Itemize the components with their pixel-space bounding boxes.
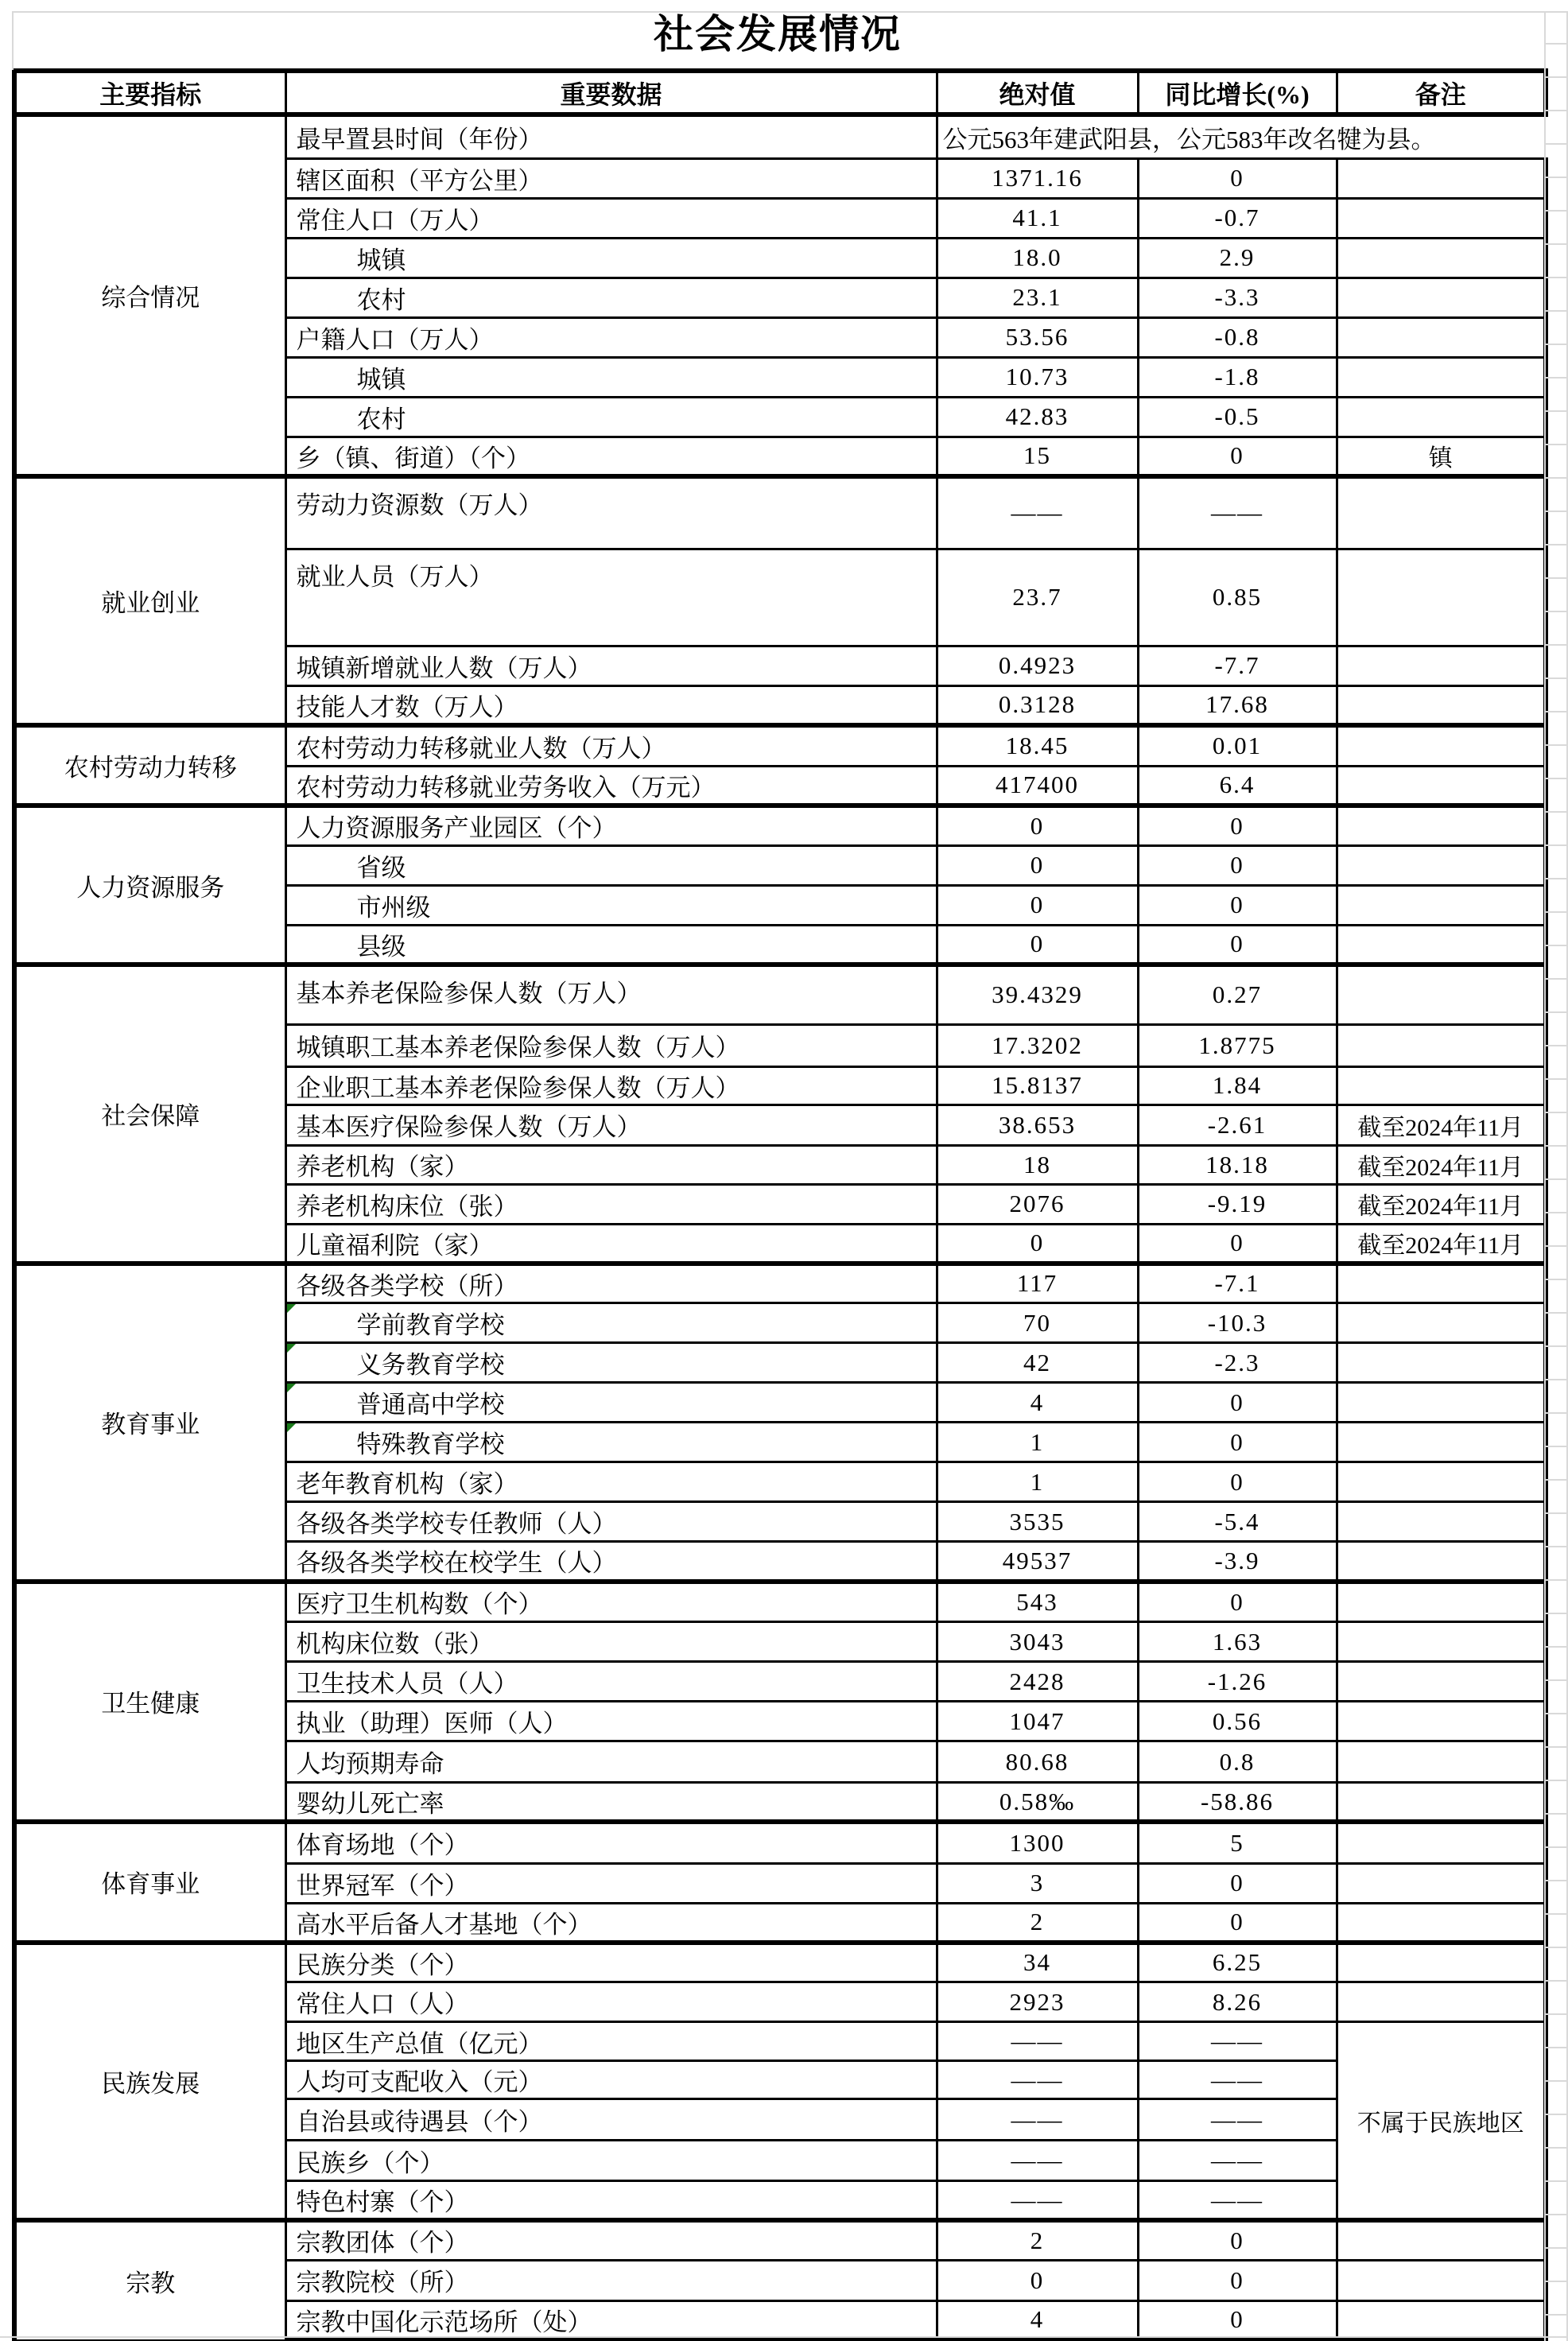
row-label-cell-text: 农村 <box>357 286 406 314</box>
row-label-cell-text: 县级 <box>357 933 406 961</box>
absolute-value-cell: 0 <box>937 925 1138 965</box>
yoy-value-cell-text: 6.4 <box>1220 771 1256 798</box>
yoy-value-cell-text: -1.26 <box>1208 1667 1267 1695</box>
absolute-value-cell: 4 <box>937 2300 1138 2340</box>
yoy-value-cell: -1.8 <box>1138 357 1337 397</box>
absolute-value-cell: 0.3128 <box>937 685 1138 725</box>
yoy-value-cell: 0 <box>1138 845 1337 885</box>
table-row: 体育事业体育场地（个）13005 <box>14 1822 1546 1863</box>
note-cell <box>1337 317 1546 357</box>
note-cell <box>1337 725 1546 766</box>
yoy-value-cell-text: 0.27 <box>1213 980 1262 1008</box>
row-label-cell-text: 人均可支配收入（元） <box>297 2068 543 2096</box>
yoy-value-cell: 0 <box>1138 2220 1337 2260</box>
absolute-value-cell-text: —— <box>1011 2066 1064 2094</box>
section-label-cell-text: 就业创业 <box>101 589 200 617</box>
absolute-value-cell-text: 18.45 <box>1006 732 1069 759</box>
row-label-cell-text: 宗教院校（所） <box>297 2269 469 2296</box>
yoy-value-cell-text: 0 <box>1230 2305 1244 2333</box>
note-cell-text: 截至2024年11月 <box>1357 1115 1523 1141</box>
row-label-cell: 城镇新增就业人数（万人） <box>285 646 937 685</box>
row-label-cell: 养老机构床位（张） <box>285 1184 937 1224</box>
absolute-value-cell-text: 0 <box>1030 891 1045 918</box>
absolute-value-cell: 3 <box>937 1863 1138 1903</box>
yoy-value-cell-text: -58.86 <box>1201 1788 1274 1815</box>
row-label-cell: 自治县或待遇县（个） <box>285 2099 937 2141</box>
absolute-value-cell: 70 <box>937 1303 1138 1343</box>
row-label-cell: 养老机构（家） <box>285 1145 937 1184</box>
yoy-value-cell: 0.85 <box>1138 549 1337 646</box>
row-label-cell-text: 劳动力资源数（万人） <box>297 491 543 519</box>
absolute-value-cell: 17.3202 <box>937 1024 1138 1066</box>
yoy-value-cell: 0 <box>1138 885 1337 925</box>
yoy-value-cell-text: 8.26 <box>1213 1988 1262 2016</box>
note-cell <box>1337 2220 1546 2260</box>
section-label-cell-text: 宗教 <box>126 2269 175 2297</box>
yoy-value-cell-text: 2.9 <box>1220 243 1256 271</box>
table-row: 宗教宗教团体（个）20 <box>14 2220 1546 2260</box>
row-label-cell: 宗教中国化示范场所（处） <box>285 2300 937 2340</box>
yoy-value-cell: 17.68 <box>1138 685 1337 725</box>
yoy-value-cell: —— <box>1138 2181 1337 2221</box>
note-cell <box>1337 766 1546 806</box>
merged-value-cell-text: 公元563年建武阳县，公元583年改名犍为县。 <box>943 126 1436 153</box>
note-cell <box>1337 357 1546 397</box>
absolute-value-cell-text: 2428 <box>1010 1667 1065 1695</box>
absolute-value-cell-text: 23.7 <box>1012 583 1062 611</box>
yoy-value-cell-text: -0.5 <box>1214 402 1259 430</box>
yoy-value-cell: -0.8 <box>1138 317 1337 357</box>
header-row: 主要指标 重要数据 绝对值 同比增长(%) 备注 <box>14 71 1546 115</box>
yoy-value-cell: 0 <box>1138 158 1337 198</box>
yoy-value-cell-text: 0 <box>1230 1908 1244 1935</box>
section-label-cell: 就业创业 <box>14 476 285 725</box>
absolute-value-cell-text: 80.68 <box>1006 1748 1069 1776</box>
row-label-cell: 体育场地（个） <box>285 1822 937 1863</box>
absolute-value-cell: 0.4923 <box>937 646 1138 685</box>
absolute-value-cell: 3535 <box>937 1502 1138 1542</box>
absolute-value-cell-text: 2 <box>1030 1908 1045 1935</box>
absolute-value-cell: —— <box>937 2022 1138 2061</box>
absolute-value-cell: 10.73 <box>937 357 1138 397</box>
note-cell <box>1337 1783 1546 1823</box>
absolute-value-cell: 543 <box>937 1582 1138 1622</box>
row-label-cell: 特色村寨（个） <box>285 2181 937 2221</box>
absolute-value-cell-text: 2923 <box>1010 1988 1065 2016</box>
row-label-cell: 义务教育学校 <box>285 1343 937 1383</box>
note-cell <box>1337 2260 1546 2300</box>
row-label-cell-text: 城镇新增就业人数（万人） <box>297 654 592 682</box>
row-label-cell-text: 宗教团体（个） <box>297 2229 469 2257</box>
row-label-cell-text: 就业人员（万人） <box>297 563 494 591</box>
row-label-cell-text: 儿童福利院（家） <box>297 1232 494 1260</box>
yoy-value-cell: 0 <box>1138 437 1337 476</box>
row-label-cell: 农村劳动力转移就业人数（万人） <box>285 725 937 766</box>
row-label-cell-text: 婴幼儿死亡率 <box>297 1790 444 1818</box>
yoy-value-cell-text: 18.18 <box>1205 1151 1269 1178</box>
row-label-cell-text: 户籍人口（万人） <box>297 326 494 354</box>
yoy-value-cell: -9.19 <box>1138 1184 1337 1224</box>
absolute-value-cell: 3043 <box>937 1622 1138 1662</box>
absolute-value-cell: 2923 <box>937 1982 1138 2022</box>
row-label-cell: 民族分类（个） <box>285 1943 937 1982</box>
yoy-value-cell: -7.1 <box>1138 1264 1337 1303</box>
yoy-value-cell: -3.9 <box>1138 1542 1337 1582</box>
absolute-value-cell: 0.58‰ <box>937 1783 1138 1823</box>
row-label-cell-text: 辖区面积（平方公里） <box>297 167 543 195</box>
cell-flag-icon <box>287 1423 296 1432</box>
note-cell <box>1337 965 1546 1024</box>
note-cell-text: 镇 <box>1429 445 1453 472</box>
absolute-value-cell-text: 0 <box>1030 930 1045 957</box>
row-label-cell-text: 各级各类学校（所） <box>297 1272 518 1300</box>
absolute-value-cell-text: 17.3202 <box>992 1031 1083 1059</box>
note-cell <box>1337 549 1546 646</box>
row-label-cell: 特殊教育学校 <box>285 1423 937 1462</box>
yoy-value-cell-text: 0.85 <box>1213 583 1262 611</box>
yoy-value-cell-text: -0.8 <box>1214 323 1259 351</box>
yoy-value-cell-text: 0 <box>1230 1428 1244 1456</box>
yoy-value-cell: —— <box>1138 2061 1337 2099</box>
absolute-value-cell: 80.68 <box>937 1741 1138 1783</box>
row-label-cell: 婴幼儿死亡率 <box>285 1783 937 1823</box>
yoy-value-cell-text: 0 <box>1230 2266 1244 2294</box>
note-cell <box>1337 925 1546 965</box>
table-body: 综合情况最早置县时间（年份）公元563年建武阳县，公元583年改名犍为县。辖区面… <box>14 115 1546 2340</box>
row-label-cell-text: 卫生技术人员（人） <box>297 1670 518 1698</box>
yoy-value-cell: 0 <box>1138 1383 1337 1423</box>
yoy-value-cell-text: 0 <box>1230 812 1244 840</box>
section-label-cell: 卫生健康 <box>14 1582 285 1823</box>
yoy-value-cell: -5.4 <box>1138 1502 1337 1542</box>
row-label-cell: 老年教育机构（家） <box>285 1462 937 1502</box>
social-development-table: 主要指标 重要数据 绝对值 同比增长(%) 备注 综合情况最早置县时间（年份）公… <box>12 68 1548 2341</box>
absolute-value-cell: 18 <box>937 1145 1138 1184</box>
row-label-cell-text: 执业（助理）医师（人） <box>297 1710 568 1737</box>
table-row: 人力资源服务人力资源服务产业园区（个）00 <box>14 806 1546 845</box>
note-cell <box>1337 1383 1546 1423</box>
yoy-value-cell: 8.26 <box>1138 1982 1337 2022</box>
yoy-value-cell: —— <box>1138 2099 1337 2141</box>
row-label-cell: 就业人员（万人） <box>285 549 937 646</box>
row-label-cell: 城镇 <box>285 357 937 397</box>
absolute-value-cell-text: 1 <box>1030 1428 1045 1456</box>
row-label-cell: 农村 <box>285 397 937 437</box>
row-label-cell: 高水平后备人才基地（个） <box>285 1903 937 1943</box>
yoy-value-cell: 0 <box>1138 2300 1337 2340</box>
yoy-value-cell: 1.8775 <box>1138 1024 1337 1066</box>
absolute-value-cell-text: 3 <box>1030 1869 1045 1896</box>
yoy-value-cell: -0.7 <box>1138 198 1337 238</box>
yoy-value-cell-text: -10.3 <box>1208 1309 1267 1337</box>
note-cell <box>1337 1343 1546 1383</box>
note-cell <box>1337 806 1546 845</box>
row-label-cell-text: 各级各类学校在校学生（人） <box>297 1549 617 1577</box>
absolute-value-cell: 417400 <box>937 766 1138 806</box>
absolute-value-cell-text: 1 <box>1030 1468 1045 1496</box>
yoy-value-cell: -0.5 <box>1138 397 1337 437</box>
row-label-cell-text: 宗教中国化示范场所（处） <box>297 2308 592 2336</box>
note-cell <box>1337 198 1546 238</box>
absolute-value-cell: —— <box>937 2099 1138 2141</box>
note-cell <box>1337 238 1546 278</box>
note-cell <box>1337 1943 1546 1982</box>
absolute-value-cell: 2 <box>937 2220 1138 2260</box>
absolute-value-cell: 39.4329 <box>937 965 1138 1024</box>
yoy-value-cell-text: 0 <box>1230 1588 1244 1616</box>
absolute-value-cell-text: —— <box>1011 2106 1064 2133</box>
row-label-cell: 执业（助理）医师（人） <box>285 1702 937 1741</box>
row-label-cell: 省级 <box>285 845 937 885</box>
row-label-cell-text: 机构床位数（张） <box>297 1630 494 1658</box>
yoy-value-cell-text: 1.84 <box>1213 1071 1262 1099</box>
yoy-value-cell-text: 0 <box>1230 2226 1244 2254</box>
absolute-value-cell: 2428 <box>937 1662 1138 1702</box>
yoy-value-cell-text: -3.9 <box>1214 1547 1259 1574</box>
yoy-value-cell-text: 17.68 <box>1205 690 1269 718</box>
note-cell: 截至2024年11月 <box>1337 1145 1546 1184</box>
yoy-value-cell: -1.26 <box>1138 1662 1337 1702</box>
yoy-value-cell-text: 0 <box>1230 891 1244 918</box>
yoy-value-cell: 0 <box>1138 925 1337 965</box>
absolute-value-cell-text: 0 <box>1030 812 1045 840</box>
yoy-value-cell-text: -1.8 <box>1214 363 1259 390</box>
section-label-cell-text: 社会保障 <box>101 1102 200 1130</box>
yoy-value-cell: 0.8 <box>1138 1741 1337 1783</box>
absolute-value-cell-text: 543 <box>1016 1588 1058 1616</box>
yoy-value-cell-text: —— <box>1211 2066 1263 2094</box>
absolute-value-cell: 15 <box>937 437 1138 476</box>
row-label-cell: 市州级 <box>285 885 937 925</box>
absolute-value-cell-text: 18 <box>1023 1151 1051 1178</box>
section-label-cell: 民族发展 <box>14 1943 285 2221</box>
table-row: 农村劳动力转移农村劳动力转移就业人数（万人）18.450.01 <box>14 725 1546 766</box>
note-cell: 截至2024年11月 <box>1337 1105 1546 1145</box>
yoy-value-cell-text: 5 <box>1230 1829 1244 1857</box>
note-cell <box>1337 2300 1546 2340</box>
yoy-value-cell: 0 <box>1138 1582 1337 1622</box>
section-label-cell-text: 人力资源服务 <box>76 874 224 902</box>
row-label-cell-text: 民族乡（个） <box>297 2149 444 2177</box>
cell-flag-icon <box>287 1344 296 1353</box>
row-label-cell-text: 学前教育学校 <box>357 1311 505 1339</box>
absolute-value-cell-text: 23.1 <box>1012 283 1062 311</box>
row-label-cell-text: 农村劳动力转移就业人数（万人） <box>297 735 666 763</box>
row-label-cell-text: 城镇 <box>357 366 406 394</box>
row-label-cell: 宗教团体（个） <box>285 2220 937 2260</box>
note-cell <box>1337 1423 1546 1462</box>
note-cell <box>1337 1863 1546 1903</box>
yoy-value-cell-text: -0.7 <box>1214 204 1259 231</box>
absolute-value-cell-text: 4 <box>1030 1388 1045 1416</box>
row-label-cell-text: 老年教育机构（家） <box>297 1470 518 1498</box>
note-cell-text: 截至2024年11月 <box>1357 1194 1523 1220</box>
col-header-absolute: 绝对值 <box>937 71 1138 115</box>
page-title: 社会发展情况 <box>12 0 1543 68</box>
absolute-value-cell-text: 15.8137 <box>992 1071 1083 1099</box>
note-cell <box>1337 1662 1546 1702</box>
row-label-cell: 各级各类学校（所） <box>285 1264 937 1303</box>
yoy-value-cell-text: -7.7 <box>1214 651 1259 679</box>
yoy-value-cell-text: -2.3 <box>1214 1349 1259 1376</box>
note-cell <box>1337 1264 1546 1303</box>
absolute-value-cell-text: 0 <box>1030 2266 1045 2294</box>
row-label-cell: 企业职工基本养老保险参保人数（万人） <box>285 1066 937 1105</box>
row-label-cell-text: 乡（镇、街道）（个） <box>297 445 531 472</box>
section-label-cell-text: 体育事业 <box>101 1870 200 1898</box>
yoy-value-cell: -2.3 <box>1138 1343 1337 1383</box>
row-label-cell: 人均预期寿命 <box>285 1741 937 1783</box>
yoy-value-cell-text: -2.61 <box>1208 1111 1267 1139</box>
yoy-value-cell: -3.3 <box>1138 278 1337 317</box>
row-label-cell-text: 常住人口（万人） <box>297 207 494 235</box>
yoy-value-cell: —— <box>1138 2141 1337 2181</box>
absolute-value-cell: 18.0 <box>937 238 1138 278</box>
absolute-value-cell-text: 2 <box>1030 2226 1045 2254</box>
note-cell: 截至2024年11月 <box>1337 1224 1546 1264</box>
section-label-cell: 人力资源服务 <box>14 806 285 965</box>
section-label-cell: 农村劳动力转移 <box>14 725 285 806</box>
absolute-value-cell-text: 15 <box>1023 441 1051 469</box>
absolute-value-cell-text: —— <box>1011 499 1064 526</box>
note-cell-text: 不属于民族地区 <box>1357 2110 1524 2137</box>
absolute-value-cell-text: 0 <box>1030 851 1045 879</box>
row-label-cell-text: 养老机构床位（张） <box>297 1193 518 1221</box>
cell-flag-icon <box>287 1304 296 1313</box>
row-label-cell-text: 医疗卫生机构数（个） <box>297 1590 543 1618</box>
absolute-value-cell-text: 38.653 <box>999 1111 1076 1139</box>
row-label-cell: 医疗卫生机构数（个） <box>285 1582 937 1622</box>
yoy-value-cell-text: 0 <box>1230 930 1244 957</box>
yoy-value-cell-text: -5.4 <box>1214 1508 1259 1535</box>
absolute-value-cell-text: 42.83 <box>1006 402 1069 430</box>
yoy-value-cell: 5 <box>1138 1822 1337 1863</box>
note-cell: 截至2024年11月 <box>1337 1184 1546 1224</box>
yoy-value-cell: 0.27 <box>1138 965 1337 1024</box>
yoy-value-cell: —— <box>1138 476 1337 549</box>
row-label-cell: 常住人口（万人） <box>285 198 937 238</box>
yoy-value-cell: 0 <box>1138 1903 1337 1943</box>
note-cell <box>1337 476 1546 549</box>
absolute-value-cell-text: 117 <box>1017 1269 1058 1297</box>
row-label-cell: 乡（镇、街道）（个） <box>285 437 937 476</box>
row-label-cell: 技能人才数（万人） <box>285 685 937 725</box>
row-label-cell: 宗教院校（所） <box>285 2260 937 2300</box>
absolute-value-cell: —— <box>937 2061 1138 2099</box>
row-label-cell: 机构床位数（张） <box>285 1622 937 1662</box>
absolute-value-cell: —— <box>937 2141 1138 2181</box>
absolute-value-cell-text: 41.1 <box>1012 204 1062 231</box>
row-label-cell: 基本养老保险参保人数（万人） <box>285 965 937 1024</box>
yoy-value-cell: 18.18 <box>1138 1145 1337 1184</box>
yoy-value-cell-text: —— <box>1211 2027 1263 2055</box>
col-header-yoy: 同比增长(%) <box>1138 71 1337 115</box>
table-row: 民族发展民族分类（个）346.25 <box>14 1943 1546 1982</box>
section-label-cell: 综合情况 <box>14 115 285 476</box>
row-label-cell-text: 各级各类学校专任教师（人） <box>297 1510 617 1538</box>
yoy-value-cell: —— <box>1138 2022 1337 2061</box>
note-cell <box>1337 1903 1546 1943</box>
note-cell <box>1337 1462 1546 1502</box>
note-cell-text: 截至2024年11月 <box>1357 1233 1523 1259</box>
absolute-value-cell-text: 0.58‰ <box>999 1788 1075 1815</box>
absolute-value-cell-text: 4 <box>1030 2305 1045 2333</box>
row-label-cell: 辖区面积（平方公里） <box>285 158 937 198</box>
row-label-cell: 农村劳动力转移就业劳务收入（万元） <box>285 766 937 806</box>
yoy-value-cell-text: 6.25 <box>1213 1948 1262 1976</box>
row-label-cell: 城镇 <box>285 238 937 278</box>
note-cell <box>1337 1542 1546 1582</box>
note-cell <box>1337 885 1546 925</box>
absolute-value-cell-text: —— <box>1011 2027 1064 2055</box>
col-header-data: 重要数据 <box>285 71 937 115</box>
row-label-cell: 基本医疗保险参保人数（万人） <box>285 1105 937 1145</box>
absolute-value-cell: 1 <box>937 1462 1138 1502</box>
row-label-cell-text: 自治县或待遇县（个） <box>297 2108 543 2136</box>
yoy-value-cell: 6.25 <box>1138 1943 1337 1982</box>
row-label-cell-text: 农村 <box>357 406 406 433</box>
absolute-value-cell: 38.653 <box>937 1105 1138 1145</box>
row-label-cell-text: 企业职工基本养老保险参保人数（万人） <box>297 1074 740 1102</box>
note-cell <box>1337 1502 1546 1542</box>
yoy-value-cell: 0 <box>1138 806 1337 845</box>
yoy-value-cell-text: —— <box>1211 2146 1263 2174</box>
row-label-cell-text: 农村劳动力转移就业劳务收入（万元） <box>297 774 716 802</box>
row-label-cell-text: 城镇职工基本养老保险参保人数（万人） <box>297 1034 740 1062</box>
absolute-value-cell: 0 <box>937 885 1138 925</box>
absolute-value-cell-text: 18.0 <box>1012 243 1062 271</box>
row-label-cell: 户籍人口（万人） <box>285 317 937 357</box>
absolute-value-cell-text: 1300 <box>1010 1829 1065 1857</box>
absolute-value-cell-text: —— <box>1011 2186 1064 2214</box>
absolute-value-cell-text: 70 <box>1023 1309 1051 1337</box>
row-label-cell-text: 养老机构（家） <box>297 1153 469 1181</box>
row-label-cell-text: 城镇 <box>357 247 406 274</box>
merged-value-cell: 公元563年建武阳县，公元583年改名犍为县。 <box>937 115 1546 158</box>
absolute-value-cell: —— <box>937 2181 1138 2221</box>
row-label-cell-text: 常住人口（人） <box>297 1990 469 2018</box>
absolute-value-cell: —— <box>937 476 1138 549</box>
row-label-cell-text: 义务教育学校 <box>357 1351 505 1379</box>
row-label-cell-text: 体育场地（个） <box>297 1831 469 1859</box>
row-label-cell: 各级各类学校专任教师（人） <box>285 1502 937 1542</box>
note-cell <box>1337 1303 1546 1343</box>
yoy-value-cell-text: -3.3 <box>1214 283 1259 311</box>
row-label-cell-text: 市州级 <box>357 894 431 922</box>
absolute-value-cell: 34 <box>937 1943 1138 1982</box>
note-cell <box>1337 1582 1546 1622</box>
row-label-cell: 最早置县时间（年份） <box>285 115 937 158</box>
yoy-value-cell-text: —— <box>1211 2186 1263 2214</box>
note-cell <box>1337 1066 1546 1105</box>
absolute-value-cell-text: 0.4923 <box>999 651 1076 679</box>
yoy-value-cell: 0.01 <box>1138 725 1337 766</box>
absolute-value-cell: 1047 <box>937 1702 1138 1741</box>
note-cell <box>1337 845 1546 885</box>
absolute-value-cell-text: 10.73 <box>1006 363 1069 390</box>
absolute-value-cell-text: 3043 <box>1010 1628 1065 1656</box>
absolute-value-cell: 0 <box>937 845 1138 885</box>
section-label-cell: 教育事业 <box>14 1264 285 1582</box>
absolute-value-cell: 41.1 <box>937 198 1138 238</box>
absolute-value-cell-text: 417400 <box>996 771 1079 798</box>
yoy-value-cell: 0 <box>1138 2260 1337 2300</box>
note-cell <box>1337 1822 1546 1863</box>
row-label-cell-text: 特色村寨（个） <box>297 2188 469 2216</box>
row-label-cell-text: 世界冠军（个） <box>297 1872 469 1900</box>
row-label-cell: 民族乡（个） <box>285 2141 937 2181</box>
row-label-cell: 农村 <box>285 278 937 317</box>
